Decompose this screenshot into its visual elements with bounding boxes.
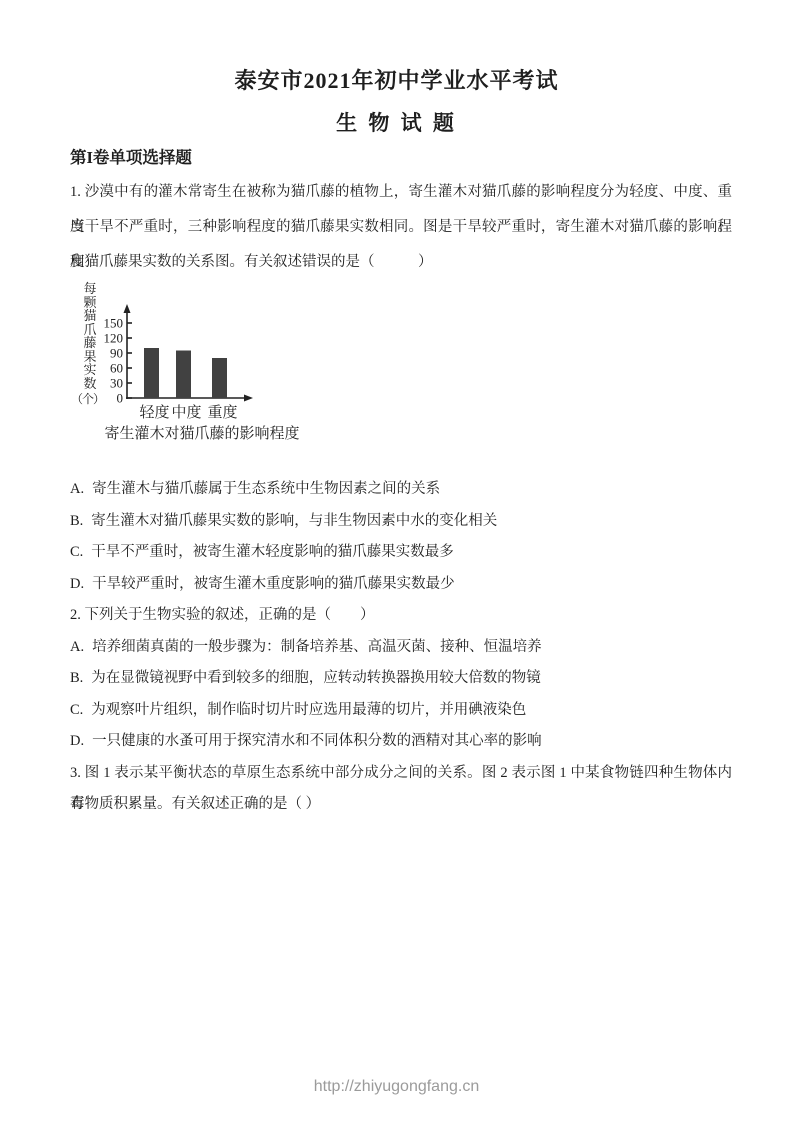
option-text: 培养细菌真菌的一般步骤为：制备培养基、高温灭菌、接种、恒温培养 bbox=[92, 639, 542, 655]
option-text: 为在显微镜视野中看到较多的细胞，应转动转换器换用较大倍数的物镜 bbox=[91, 670, 541, 686]
option-letter: D. bbox=[70, 733, 84, 749]
option-letter: B. bbox=[70, 670, 83, 686]
option-letter: C. bbox=[70, 544, 83, 560]
page-subtitle: 生 物 试 题 bbox=[0, 108, 793, 138]
section-heading: 第I卷单项选择题 bbox=[70, 144, 192, 172]
option-text: 寄生灌木对猫爪藤果实数的影响，与非生物因素中水的变化相关 bbox=[91, 513, 497, 529]
q2-option-c: C.为观察叶片组织，制作临时切片时应选用最薄的切片，并用碘液染色 bbox=[70, 695, 732, 727]
option-text: 寄生灌木与猫爪藤属于生态系统中生物因素之间的关系 bbox=[92, 481, 440, 497]
q2-option-a: A.培养细菌真菌的一般步骤为：制备培养基、高温灭菌、接种、恒温培养 bbox=[70, 632, 732, 664]
option-text: 为观察叶片组织，制作临时切片时应选用最薄的切片，并用碘液染色 bbox=[91, 702, 526, 718]
page-title: 泰安市2021年初中学业水平考试 bbox=[0, 66, 793, 96]
bar-轻度 bbox=[144, 348, 159, 398]
y-tick-label: 90 bbox=[110, 346, 123, 361]
q3-stem-line-1: 3. 图 1 表示某平衡状态的草原生态系统中部分成分之间的关系。图 2 表示图 … bbox=[70, 758, 732, 790]
q1-option-b: B.寄生灌木对猫爪藤果实数的影响，与非生物因素中水的变化相关 bbox=[70, 506, 732, 538]
questions-block: A.寄生灌木与猫爪藤属于生态系统中生物因素之间的关系 B.寄生灌木对猫爪藤果实数… bbox=[70, 474, 732, 821]
option-letter: D. bbox=[70, 576, 84, 592]
y-tick-label: 150 bbox=[104, 316, 124, 331]
chart-plot-area: 寄生灌木对猫爪藤的影响程度 0306090120150轻度中度重度 bbox=[74, 280, 319, 450]
q2-option-d: D.一只健康的水蚤可用于探究清水和不同体积分数的酒精对其心率的影响 bbox=[70, 726, 732, 758]
bar-重度 bbox=[212, 358, 227, 398]
option-text: 干旱不严重时，被寄生灌木轻度影响的猫爪藤果实数最多 bbox=[91, 544, 454, 560]
q2-option-b: B.为在显微镜视野中看到较多的细胞，应转动转换器换用较大倍数的物镜 bbox=[70, 663, 732, 695]
question1-stem: 1. 沙漠中有的灌木常寄生在被称为猫爪藤的植物上，寄生灌木对猫爪藤的影响程度分为… bbox=[70, 175, 732, 280]
q1-stem-line-2: 当干旱不严重时，三种影响程度的猫爪藤果实数相同。图是干旱较严重时，寄生灌木对猫爪… bbox=[70, 210, 732, 245]
q1-option-d: D.干旱较严重时，被寄生灌木重度影响的猫爪藤果实数最少 bbox=[70, 569, 732, 601]
option-letter: B. bbox=[70, 513, 83, 529]
x-axis-arrow-icon bbox=[244, 395, 253, 402]
watermark-url: http://zhiyugongfang.cn bbox=[0, 1076, 793, 1098]
x-category-label: 轻度 bbox=[139, 403, 169, 421]
q1-option-a: A.寄生灌木与猫爪藤属于生态系统中生物因素之间的关系 bbox=[70, 474, 732, 506]
chart-caption: 寄生灌木对猫爪藤的影响程度 bbox=[104, 424, 299, 442]
x-category-label: 中度 bbox=[171, 403, 201, 421]
x-category-label: 重度 bbox=[207, 403, 237, 421]
bar-中度 bbox=[176, 351, 191, 399]
option-letter: A. bbox=[70, 481, 84, 497]
y-tick-label: 60 bbox=[110, 361, 123, 376]
option-letter: A. bbox=[70, 639, 84, 655]
q3-stem-line-2: 毒物质积累量。有关叙述正确的是（ ） bbox=[70, 789, 732, 821]
option-text: 一只健康的水蚤可用于探究清水和不同体积分数的酒精对其心率的影响 bbox=[92, 733, 542, 749]
y-tick-label: 30 bbox=[110, 376, 123, 391]
question2-stem: 2. 下列关于生物实验的叙述，正确的是（ ） bbox=[70, 600, 732, 632]
q1-stem-line-3: 和猫爪藤果实数的关系图。有关叙述错误的是（ ） bbox=[70, 245, 732, 280]
y-tick-label: 120 bbox=[104, 331, 124, 346]
y-tick-label: 0 bbox=[117, 391, 124, 406]
q1-option-c: C.干旱不严重时，被寄生灌木轻度影响的猫爪藤果实数最多 bbox=[70, 537, 732, 569]
option-letter: C. bbox=[70, 702, 83, 718]
y-axis-arrow-icon bbox=[124, 304, 131, 313]
q1-bar-chart: 每颗猫爪藤果实数 （个） 寄生灌木对猫爪藤的影响程度 0306090120150… bbox=[74, 280, 319, 450]
q1-stem-line-1: 1. 沙漠中有的灌木常寄生在被称为猫爪藤的植物上，寄生灌木对猫爪藤的影响程度分为… bbox=[70, 175, 732, 210]
option-text: 干旱较严重时，被寄生灌木重度影响的猫爪藤果实数最少 bbox=[92, 576, 455, 592]
